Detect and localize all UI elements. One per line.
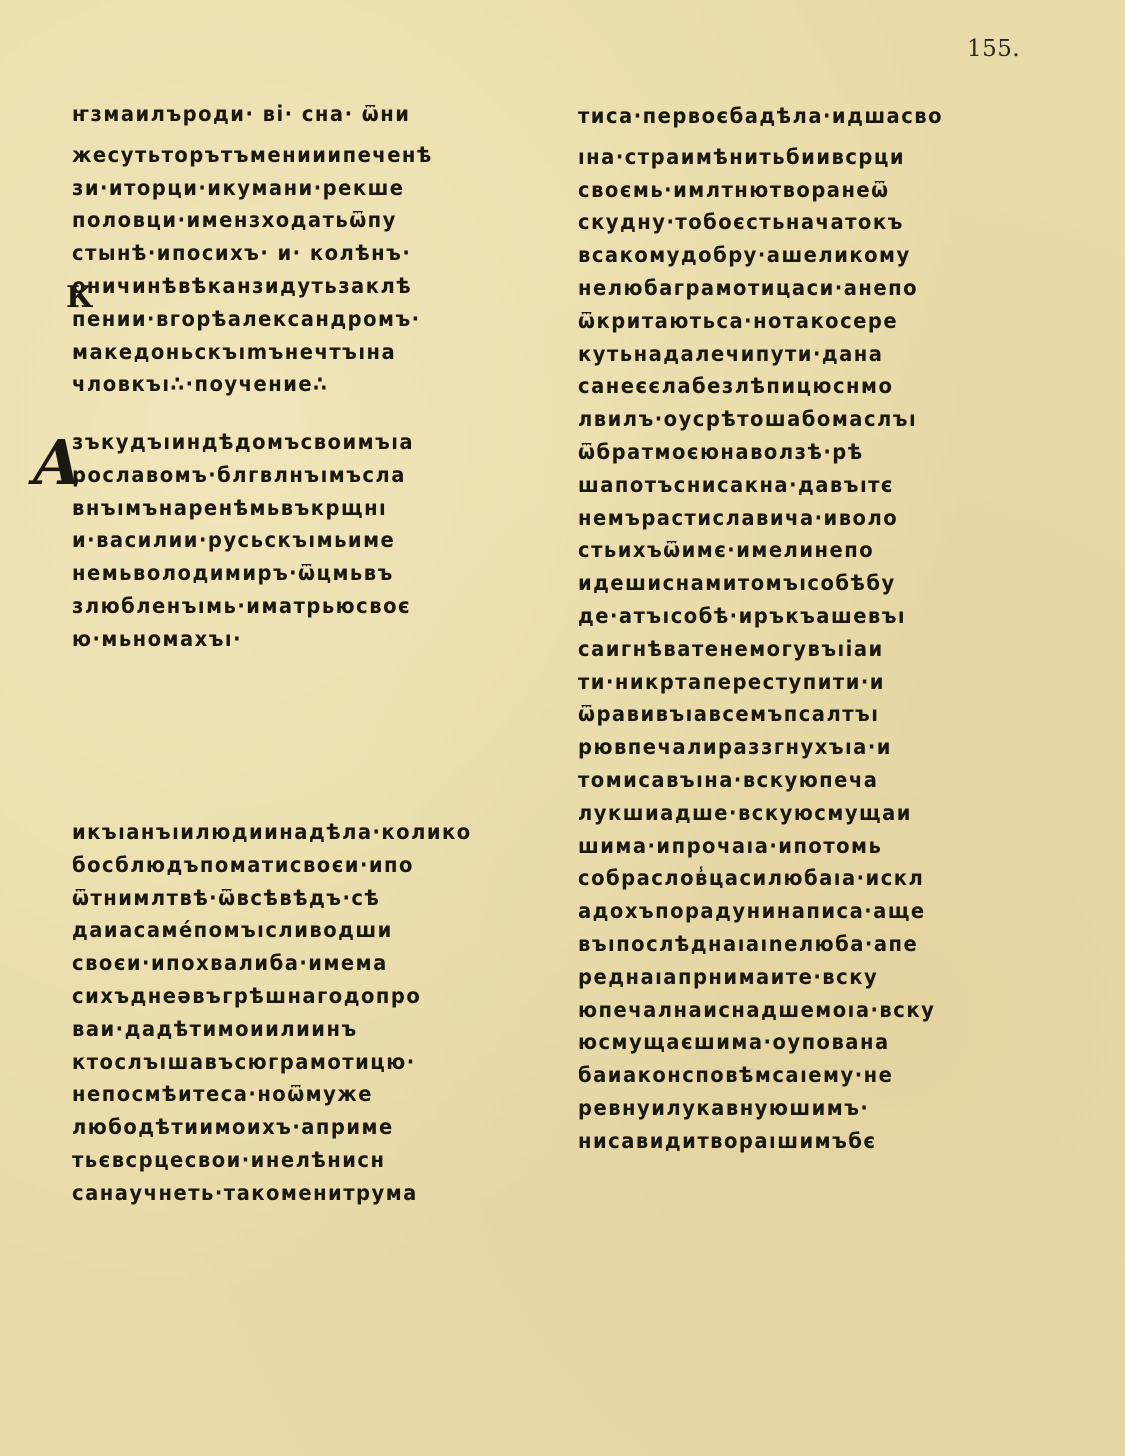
text-line: реднаıапрнимаите·вску [578,961,943,994]
text-line: идешиснамитомъıсобѣбу [578,567,943,600]
text-line: нисавидитвораıшимъбє [578,1125,943,1158]
text-line: тиса·первоєбадѣла·идшасво [578,100,943,133]
text-line: своєи·ипохвалиба·имема [72,947,472,980]
text-line: икъıанъıилюдиинадѣла·колико [72,816,472,849]
text-line: стынѣ·ипосихъ· и· колѣнъ· [72,237,433,270]
text-line: зъкудъıиндѣдомъсвоимъıа [72,426,414,459]
text-line: македоньскъımънечтъıна [72,336,433,369]
text-line: половци·имензходатьѿпу [72,204,433,237]
text-line: ѿтнимлтвѣ·ѿвсѣвѣдъ·сѣ [72,882,472,915]
text-line: рославомъ·блгвлнъıмъсла [72,459,414,492]
text-line: чловкъı∴·поучение∴ [72,368,433,401]
text-line: адохъпорадунинаписа·аще [578,895,943,928]
text-line: ктослъıшавъсюграмотицю· [72,1046,472,1079]
text-line: санеєєлабезлѣпицюснмо [578,370,943,403]
text-line: зи·иторци·икумани·рекше [72,172,433,205]
right-text-block: тиса·первоєбадѣла·идшасво ıна·страимѣнит… [578,100,971,1158]
text-line: жесутьторътъменииипеченѣ [72,139,433,172]
text-line: ревнуилукавнуюшимъ· [578,1092,943,1125]
text-line: скудну·тобоєстьначатокъ [578,206,943,239]
text-line: даиасаме́помъıсливодши [72,914,472,947]
page-number: 155. [967,36,1020,62]
text-line: баиаконсповѣмсаıему·не [578,1059,943,1092]
text-line: сихъднеəвъгрѣшнагодопро [72,980,472,1013]
text-line: ѿкритаютьса·нотакосере [578,305,943,338]
text-line: шима·ипрочаıа·ипотомь [578,830,943,863]
text-line: ю·мьномахъı· [72,623,414,656]
text-line: любодѣтиимоихъ·априме [72,1111,472,1144]
text-line: ѿравивъıавсемъпсалтъı [578,698,943,731]
text-line: немърастиславича·иволо [578,502,943,535]
text-line: ѿбратмоєюнаволзѣ·рѣ [578,436,943,469]
drop-initial-a: А [32,432,83,494]
text-line: юпечалнаиснадшемоıа·вску [578,994,943,1027]
text-line: нелюбаграмотицаси·анепо [578,272,943,305]
text-line: лукшиадше·вскуюсмущаи [578,797,943,830]
text-line: всакомудобру·ашеликому [578,239,943,272]
text-line: санаучнеть·такоменитрума [72,1177,472,1210]
text-line: злюбленъıмь·иматрьюсвоє [72,590,414,623]
left-text-block-3: икъıанъıилюдиинадѣла·колико босблюдъпома… [72,816,502,1210]
text-line: внъıмънаренѣмьвъкрщнı [72,492,414,525]
text-line: стьихъѿимє·имелинепо [578,534,943,567]
text-line: ти·никртапереступити·и [578,666,943,699]
text-line: томисавъıна·вскуюпеча [578,764,943,797]
text-line: шапотъснисакна·давъıтє [578,469,943,502]
drop-initial-k: К [66,283,93,313]
text-line: и·василии·русьскъıмьиме [72,524,414,557]
text-line: босблюдъпоматисвоєи·ипо [72,849,472,882]
text-line: рювпечалираззгнухъıа·и [578,731,943,764]
text-line: оничинѣвѣканзидутьзаклѣ [72,270,433,303]
text-line: пении·вгорѣалександромъ· [72,303,433,336]
text-line: собраслов̾цасилюбаıа·искл [578,862,943,895]
text-line: тьєвсрцесвои·инелѣнисн [72,1144,472,1177]
text-line: въıпослѣднаıаınелюба·апе [578,928,943,961]
text-line: кутьнадалечипути·дана [578,338,943,371]
left-text-block-2: зъкудъıиндѣдомъсвоимъıа рославомъ·блгвлн… [72,426,440,656]
text-line: своємь·имлтнютворанеѿ [578,174,943,207]
text-line: ваи·дадѣтимоиилиинъ [72,1013,472,1046]
text-line: ҥзмаилъроди· ві· сна· ѿни [72,98,433,131]
text-line: саигнѣватенемогувъıiаи [578,633,943,666]
text-line: непосмѣитеса·ноѿмуже [72,1078,472,1111]
text-line: де·атъıсобѣ·иръкъашевъı [578,600,943,633]
text-line: лвилъ·оусрѣтошабомаслъı [578,403,943,436]
text-line: ıна·страимѣнитьбиивсрци [578,141,943,174]
text-line: юсмущаєшима·оупована [578,1026,943,1059]
text-line: немьволодимиръ·ѿцмьвъ [72,557,414,590]
left-text-block-1: ҥзмаилъроди· ві· сна· ѿни жесутьторътъме… [72,98,460,401]
